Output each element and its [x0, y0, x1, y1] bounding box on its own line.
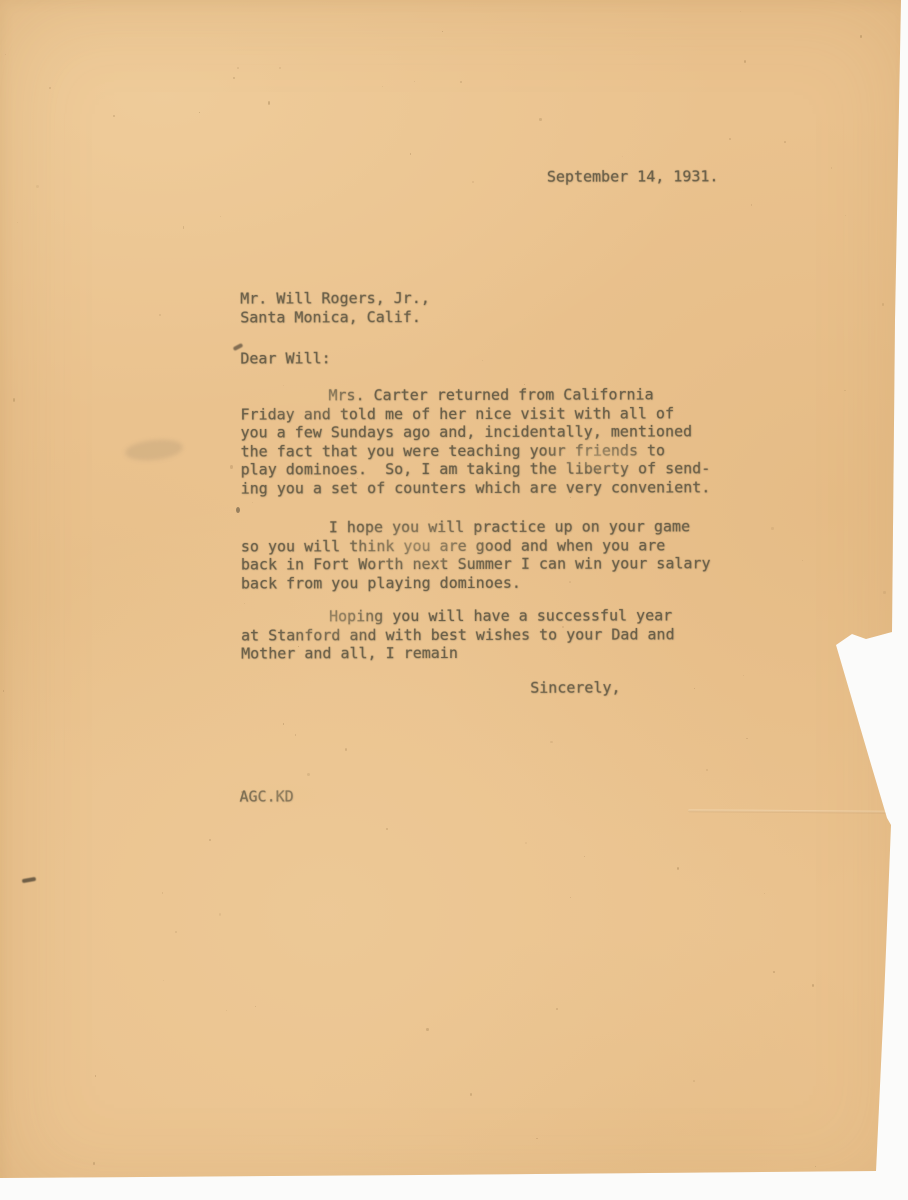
recipient-city: Santa Monica, Calif. [240, 308, 430, 327]
body-line: back from you playing dominoes. [241, 573, 711, 593]
paper-speck [902, 849, 903, 851]
recipient-address: Mr. Will Rogers, Jr., Santa Monica, Cali… [240, 289, 430, 327]
paragraph-1: Mrs. Carter returned from California Fri… [240, 385, 710, 498]
body-line: you a few Sundays ago and, incidentally,… [241, 423, 711, 443]
closing: Sincerely, [530, 679, 620, 698]
letter-date: September 14, 1931. [547, 167, 719, 186]
body-line: back in Fort Worth next Summer I can win… [241, 555, 711, 575]
body-line: ing you a set of counters which are very… [241, 478, 711, 498]
ink-dot [236, 507, 240, 513]
body-line: Hoping you will have a successful year [241, 606, 675, 626]
recipient-name: Mr. Will Rogers, Jr., [240, 289, 430, 308]
body-line: I hope you will practice up on your game [241, 517, 711, 537]
reference-initials: AGC.KD [239, 787, 293, 806]
paper-speck [491, 1188, 492, 1189]
body-line: at Stanford and with best wishes to your… [241, 625, 675, 645]
body-line: Mrs. Carter returned from California [240, 385, 710, 405]
body-line: Mother and all, I remain [241, 644, 675, 664]
scanned-letter: September 14, 1931. Mr. Will Rogers, Jr.… [0, 0, 908, 1200]
letter-text: September 14, 1931. Mr. Will Rogers, Jr.… [0, 0, 908, 1200]
paragraph-3: Hoping you will have a successful year a… [241, 606, 675, 663]
letter-paper: September 14, 1931. Mr. Will Rogers, Jr.… [0, 0, 908, 1200]
body-line: play dominoes. So, I am taking the liber… [241, 460, 711, 480]
salutation: Dear Will: [240, 349, 330, 368]
body-line: so you will think you are good and when … [241, 536, 711, 556]
paragraph-2: I hope you will practice up on your game… [241, 517, 711, 593]
body-line: the fact that you were teaching your fri… [241, 441, 711, 461]
body-line: Friday and told me of her nice visit wit… [240, 404, 710, 424]
